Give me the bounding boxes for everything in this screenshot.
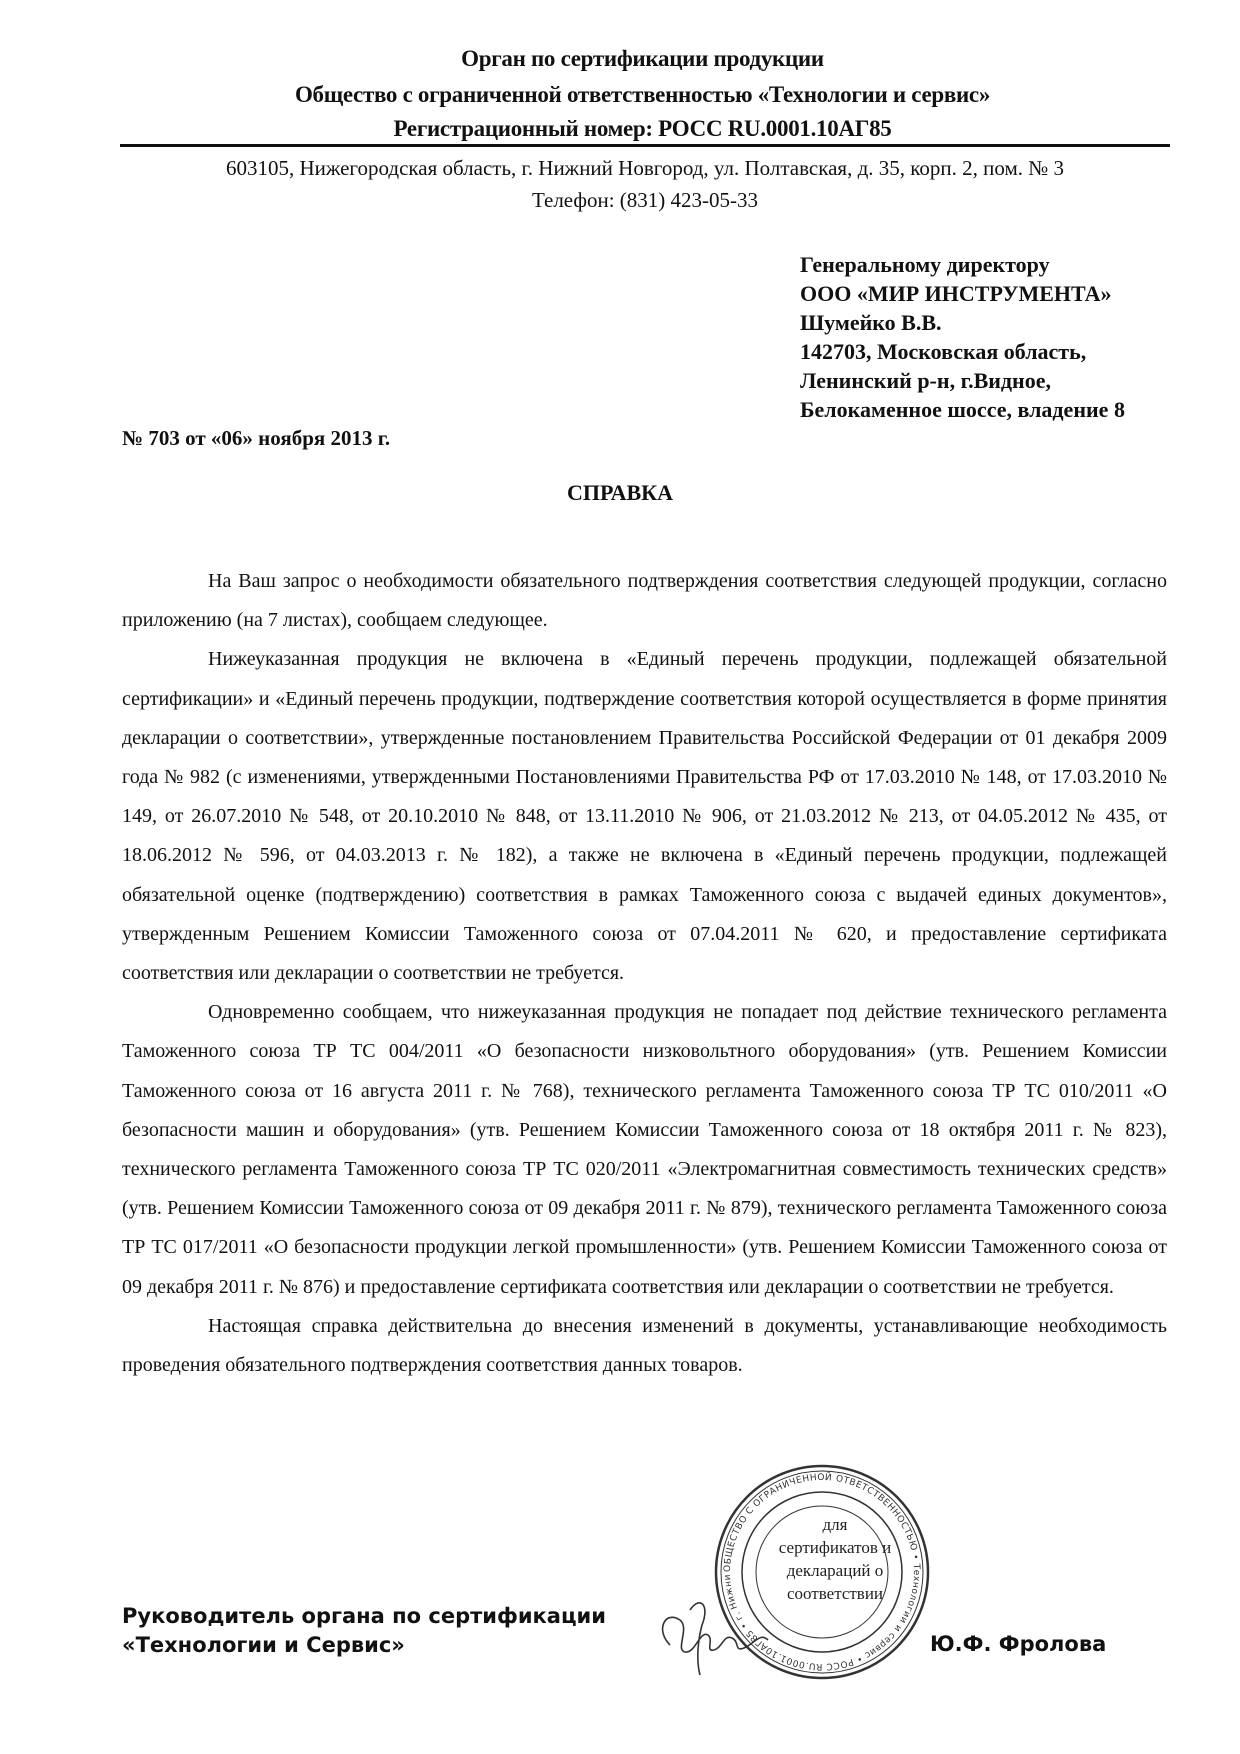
handwritten-signature-icon (650, 1590, 790, 1680)
org-legal-name: Общество с ограниченной ответственностью… (120, 82, 1165, 108)
signatory-role-line: Руководитель органа по сертификации (122, 1602, 606, 1631)
org-heading: Орган по сертификации продукции (120, 46, 1165, 72)
org-address: 603105, Нижегородская область, г. Нижний… (120, 156, 1170, 181)
recipient-block: Генеральному директору ООО «МИР ИНСТРУМЕ… (800, 250, 1125, 424)
document-title: СПРАВКА (0, 480, 1240, 506)
document-body: На Ваш запрос о необходимости обязательн… (122, 562, 1167, 1385)
recipient-line: Ленинский р-н, г.Видное, (800, 366, 1125, 395)
recipient-line: Белокаменное шоссе, владение 8 (800, 395, 1125, 424)
paragraph: Настоящая справка действительна до внесе… (122, 1307, 1167, 1385)
stamp-line: деклараций о (770, 1559, 900, 1582)
recipient-line: Генеральному директору (800, 250, 1125, 279)
org-phone: Телефон: (831) 423-05-33 (120, 188, 1170, 213)
signatory-role: Руководитель органа по сертификации «Тех… (122, 1602, 606, 1660)
document-page: Орган по сертификации продукции Общество… (0, 0, 1240, 1754)
header-divider (120, 144, 1170, 147)
paragraph: Одновременно сообщаем, что нижеуказанная… (122, 993, 1167, 1307)
recipient-line: 142703, Московская область, (800, 337, 1125, 366)
recipient-line: ООО «МИР ИНСТРУМЕНТА» (800, 279, 1125, 308)
recipient-line: Шумейко В.В. (800, 308, 1125, 337)
signatory-name: Ю.Ф. Фролова (930, 1632, 1106, 1656)
stamp-line: сертификатов и (770, 1536, 900, 1559)
paragraph: На Ваш запрос о необходимости обязательн… (122, 562, 1167, 640)
registration-number: Регистрационный номер: РОСС RU.0001.10АГ… (120, 116, 1165, 142)
document-number: № 703 от «06» ноября 2013 г. (122, 426, 390, 451)
signatory-role-line: «Технологии и Сервис» (122, 1631, 606, 1660)
stamp-line: для (770, 1513, 900, 1536)
paragraph: Нижеуказанная продукция не включена в «Е… (122, 640, 1167, 993)
